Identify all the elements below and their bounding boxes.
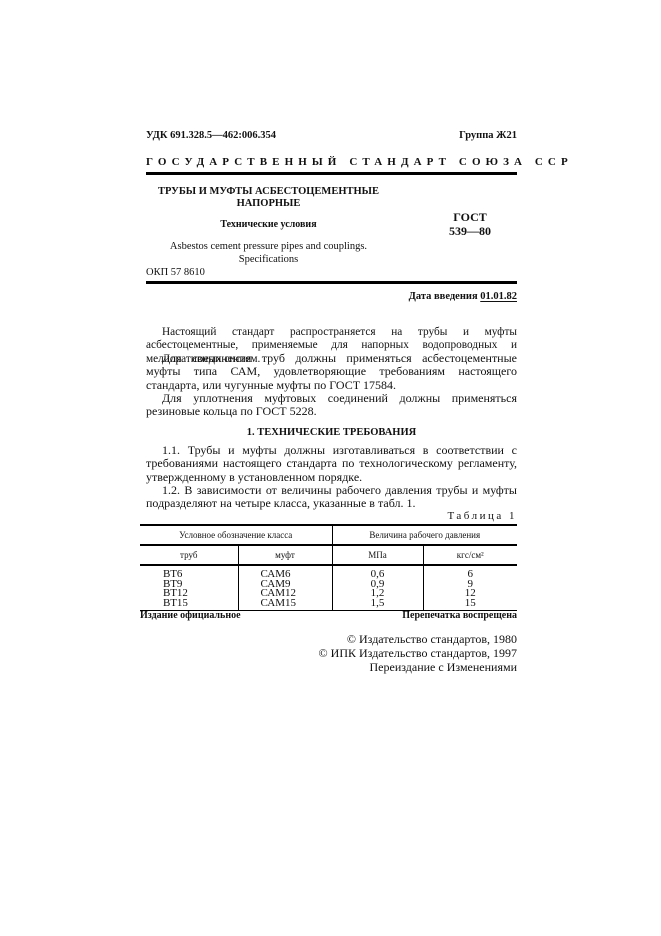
english-title: Asbestos cement pressure pipes and coupl… — [146, 240, 391, 266]
edition-note: Издание официальное — [140, 610, 241, 621]
clause-1-2: 1.2. В зависимости от величины рабочего … — [146, 484, 517, 511]
column-header-pipes: труб — [140, 545, 238, 565]
group-header-class: Условное обозначение класса — [140, 525, 332, 545]
table-cell: 15 — [424, 599, 518, 609]
gost-label: ГОСТ — [430, 210, 510, 224]
english-title-line-1: Asbestos cement pressure pipes and coupl… — [146, 240, 391, 253]
gost-designation: ГОСТ 539—80 — [430, 210, 510, 238]
table-body: ВТ6 ВТ9 ВТ12 ВТ15 САМ6 САМ9 САМ12 САМ15 … — [140, 565, 517, 611]
group-code: Группа Ж21 — [459, 130, 517, 141]
mpa-column: 0,6 0,9 1,2 1,5 — [332, 565, 423, 611]
kgf-column: 6 9 12 15 — [423, 565, 517, 611]
title-line-2: НАПОРНЫЕ — [146, 198, 391, 210]
paragraph-rings: Для уплотнения муфтовых соединений должн… — [146, 392, 517, 419]
english-title-line-2: Specifications — [146, 253, 391, 266]
couplings-column: САМ6 САМ9 САМ12 САМ15 — [238, 565, 332, 611]
document-subtitle: Технические условия — [146, 219, 391, 230]
copyright-1997: © ИПК Издательство стандартов, 1997 — [319, 646, 517, 660]
pipes-column: ВТ6 ВТ9 ВТ12 ВТ15 — [140, 565, 238, 611]
copyright-block: © Издательство стандартов, 1980 © ИПК Из… — [319, 632, 517, 674]
column-header-mpa: МПа — [332, 545, 423, 565]
intro-date-value: 01.01.82 — [480, 291, 517, 302]
column-header-kgf: кгс/см² — [423, 545, 517, 565]
column-header-couplings: муфт — [238, 545, 332, 565]
group-header-pressure: Величина рабочего давления — [332, 525, 517, 545]
table-caption: Таблица 1 — [447, 510, 517, 522]
okp-code: ОКП 57 8610 — [146, 267, 205, 278]
intro-date: Дата введения 01.01.82 — [409, 291, 517, 302]
document-title: ТРУБЫ И МУФТЫ АСБЕСТОЦЕМЕНТНЫЕ НАПОРНЫЕ — [146, 186, 391, 210]
title-rule — [146, 281, 517, 284]
pressure-class-table: Условное обозначение класса Величина раб… — [140, 524, 517, 611]
copyright-1980: © Издательство стандартов, 1980 — [319, 632, 517, 646]
intro-date-label: Дата введения — [409, 291, 478, 302]
table-cell: САМ15 — [261, 599, 332, 609]
clause-1-1: 1.1. Трубы и муфты должны изготавливатьс… — [146, 444, 517, 484]
table-cell: 1,5 — [333, 599, 423, 609]
reprint-note: Перепечатка воспрещена — [402, 610, 517, 621]
title-line-1: ТРУБЫ И МУФТЫ АСБЕСТОЦЕМЕНТНЫЕ — [146, 186, 391, 198]
gost-number: 539—80 — [430, 224, 510, 238]
section-title: 1. ТЕХНИЧЕСКИЕ ТРЕБОВАНИЯ — [146, 427, 517, 438]
paragraph-couplings: Для соединения труб должны применяться а… — [146, 352, 517, 392]
reissue-note: Переиздание с Изменениями — [319, 660, 517, 674]
state-standard-heading: ГОСУДАРСТВЕННЫЙ СТАНДАРТ СОЮЗА ССР — [146, 156, 517, 168]
udk-code: УДК 691.328.5—462:006.354 — [146, 130, 276, 141]
header-rule — [146, 172, 517, 175]
table-cell: ВТ15 — [163, 599, 238, 609]
